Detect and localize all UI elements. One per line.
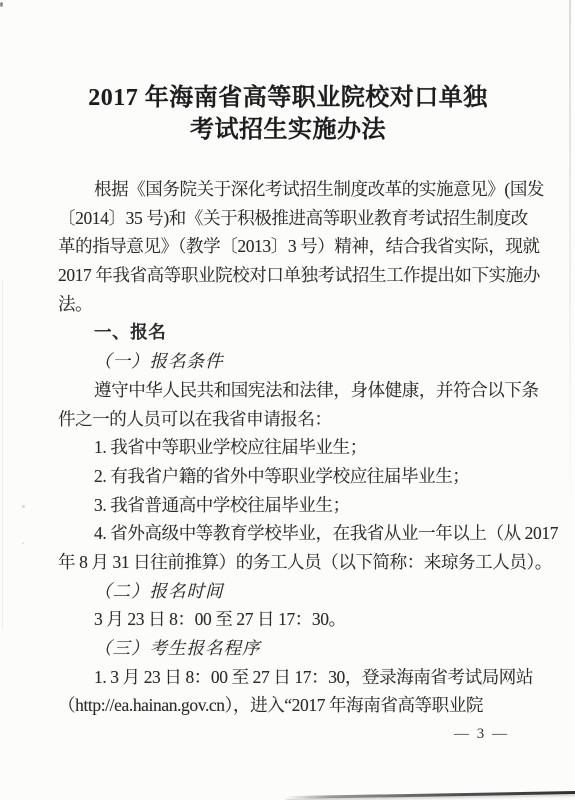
conditions-intro-line2: 件之一的人员可以在我省申请报名： <box>58 405 528 434</box>
condition-item-2: 2. 有我省户籍的省外中等职业学校应往届毕业生； <box>58 462 528 491</box>
condition-item-4-line1: 4. 省外高级中等教育学校毕业，在我省从业一年以上（从 2017 <box>58 519 528 548</box>
registration-time-line: 3 月 23 日 8：00 至 27 日 17：30。 <box>58 605 528 634</box>
document-title-line1: 2017 年海南省高等职业院校对口单独 <box>58 82 518 114</box>
procedure-step1-line1: 1. 3 月 23 日 8：00 至 27 日 17：30，登录海南省考试局网站 <box>58 663 528 692</box>
page-number: — 3 — <box>454 726 509 743</box>
scan-seam-right <box>569 0 571 520</box>
condition-item-3: 3. 我省普通高中学校往届毕业生； <box>58 491 528 520</box>
subsection-heading-procedure: （三）考生报名程序 <box>58 634 528 663</box>
document-title: 2017 年海南省高等职业院校对口单独 考试招生实施办法 <box>58 82 518 146</box>
condition-item-1: 1. 我省中等职业学校应往届毕业生； <box>58 433 528 462</box>
scan-seam-left <box>2 280 3 630</box>
procedure-step1-line2: （http://ea.hainan.gov.cn），进入“2017 年海南省高等… <box>58 691 528 720</box>
conditions-intro-line1: 遵守中华人民共和国宪法和法律，身体健康，并符合以下条 <box>58 376 528 405</box>
scanned-document-page: 2017 年海南省高等职业院校对口单独 考试招生实施办法 根据《国务院关于深化考… <box>0 0 575 800</box>
subsection-heading-time: （二）报名时间 <box>58 577 528 606</box>
paragraph-intro-line1: 根据《国务院关于深化考试招生制度改革的实施意见》(国发 <box>58 175 528 204</box>
scan-speck-topleft <box>0 2 3 7</box>
document-body: 根据《国务院关于深化考试招生制度改革的实施意见》(国发 〔2014〕35 号)和… <box>58 175 528 720</box>
paragraph-intro-line5: 法。 <box>58 290 528 319</box>
subsection-heading-conditions: （一）报名条件 <box>58 347 528 376</box>
paragraph-intro-line3: 革的指导意见》（教学〔2013〕3 号）精神，结合我省实际，现就 <box>58 232 528 261</box>
condition-item-4-line2: 年 8 月 31 日往前推算）的务工人员（以下简称：来琼务工人员）。 <box>58 548 528 577</box>
paper-edge-shadow <box>286 791 575 799</box>
scan-speck-b <box>22 542 24 544</box>
paragraph-intro-line4: 2017 年我省高等职业院校对口单独考试招生工作提出如下实施办 <box>58 261 528 290</box>
section-heading-baoming: 一、报名 <box>58 318 528 347</box>
scan-speck-a <box>22 505 25 508</box>
paragraph-intro-line2: 〔2014〕35 号)和《关于积极推进高等职业教育考试招生制度改 <box>58 204 528 233</box>
document-title-line2: 考试招生实施办法 <box>58 114 518 146</box>
